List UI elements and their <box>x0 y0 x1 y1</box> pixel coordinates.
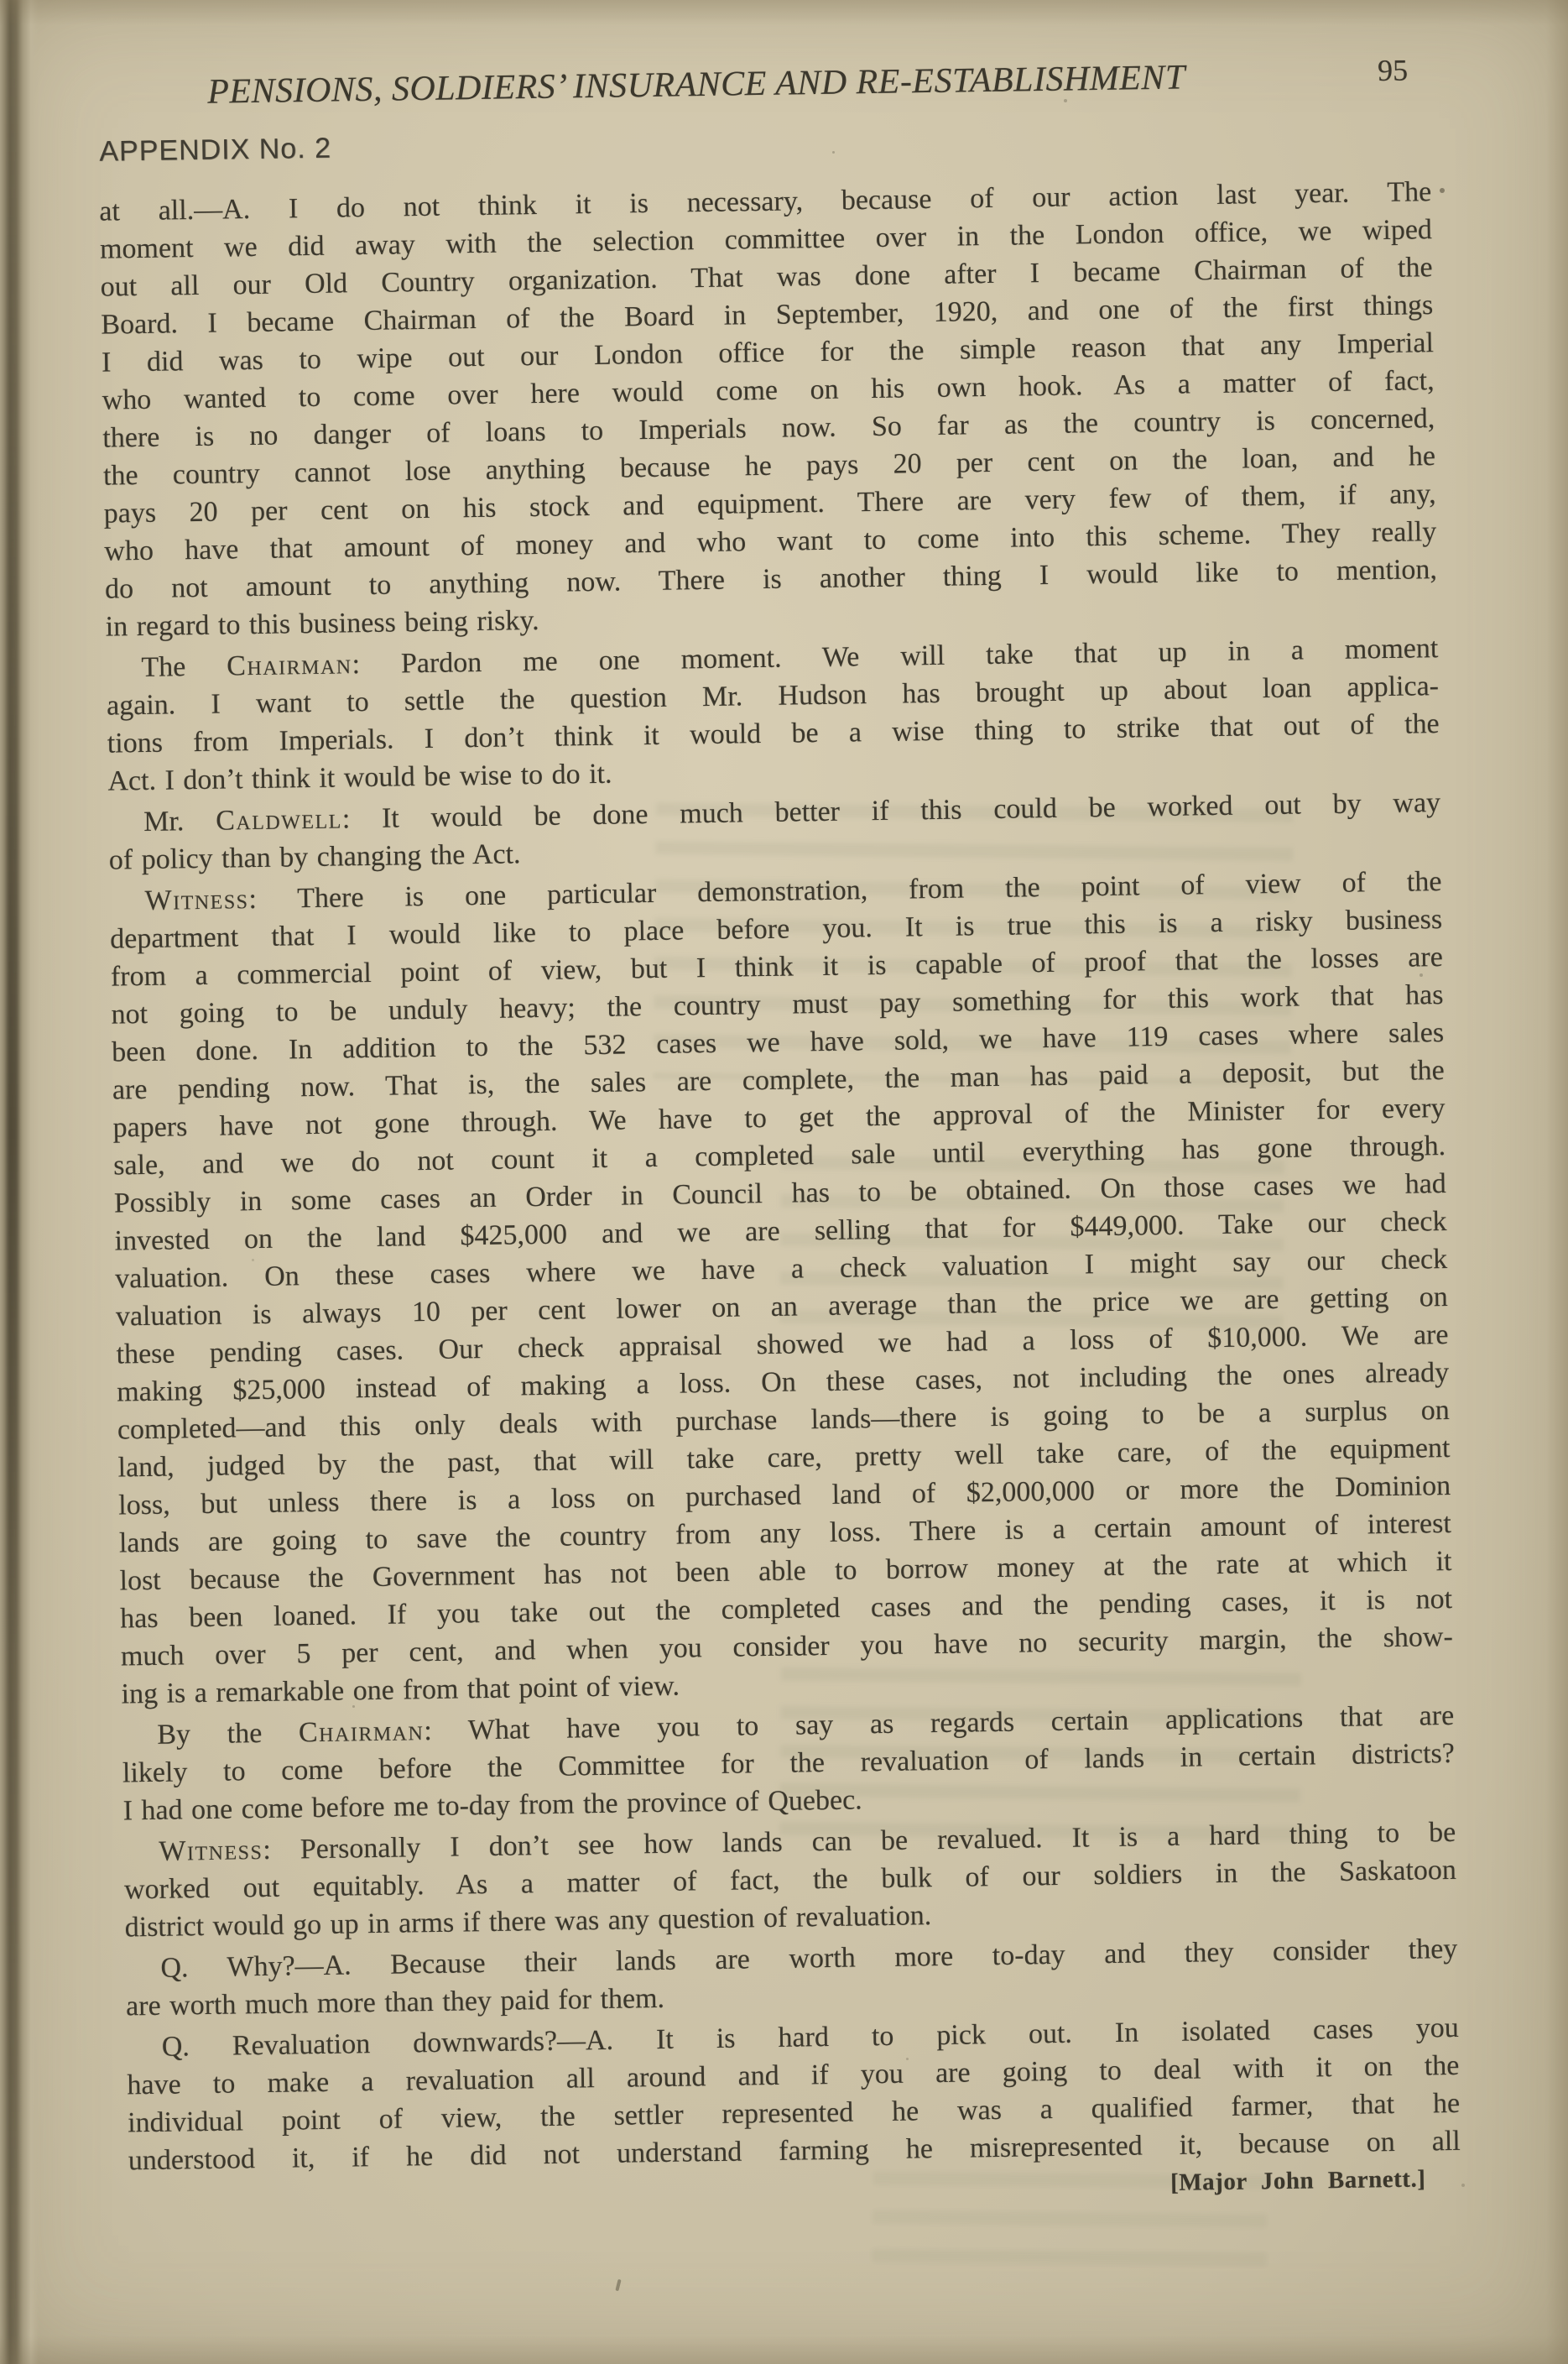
page-right-edge-shade <box>1546 0 1568 2364</box>
speaker-name: Chairman <box>299 1715 425 1748</box>
paragraph: Q. Revaluation downwards?—A. It is hard … <box>127 2009 1461 2180</box>
scanned-page: PENSIONS, SOLDIERS’ INSURANCE AND RE-EST… <box>0 0 1568 2364</box>
appendix-heading: APPENDIX No. 2 <box>99 133 331 169</box>
speaker-name: Witness <box>159 1834 263 1867</box>
testimony-text: at all.—A. I do not think it is necessar… <box>99 173 1461 2179</box>
page-bottom-edge-shade <box>0 2335 1568 2364</box>
paragraph: Witness: There is one particular demonst… <box>109 863 1454 1713</box>
running-header-title: PENSIONS, SOLDIERS’ INSURANCE AND RE-EST… <box>207 57 1185 112</box>
page-binding-edge-shadow <box>7 0 18 2364</box>
paper-speck <box>615 2279 621 2292</box>
page-content: PENSIONS, SOLDIERS’ INSURANCE AND RE-EST… <box>92 40 1467 2283</box>
paragraph: Witness: Personally I don’t see how land… <box>123 1813 1457 1947</box>
speaker-name: Witness <box>144 884 248 916</box>
speaker-name: Chairman <box>227 649 352 681</box>
page-number: 95 <box>1378 53 1409 89</box>
paragraph: By the Chairman: What have you to say as… <box>122 1697 1456 1830</box>
paragraph: Mr. Caldwell: It would be done much bett… <box>108 784 1441 879</box>
paragraph: The Chairman: Pardon me one moment. We w… <box>106 629 1440 801</box>
speaker-name: Caldwell <box>216 803 342 836</box>
paragraph: at all.—A. I do not think it is necessar… <box>99 173 1438 645</box>
running-header: PENSIONS, SOLDIERS’ INSURANCE AND RE-EST… <box>92 40 1435 60</box>
paragraph: Q. Why?—A. Because their lands are worth… <box>125 1930 1458 2026</box>
page-top-edge-shade <box>0 0 1568 25</box>
page-binding-edge <box>0 0 39 2364</box>
paper-speck <box>1440 188 1445 193</box>
